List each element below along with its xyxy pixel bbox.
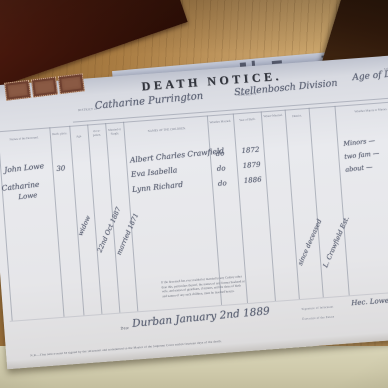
right-note-2: two fam — [344, 149, 380, 161]
date-label: Date [120, 326, 129, 330]
revenue-stamp [31, 77, 58, 98]
col-head-majors-minors: Whether Majors or Minors. [341, 107, 388, 115]
revenue-stamp [4, 80, 31, 101]
col-head-children: NAMES OF THE CHILDREN. [128, 126, 206, 135]
child-name-2: Eva Isabella [131, 165, 178, 179]
signature-value: Hec. Lowe [351, 296, 388, 307]
child-ditto-2: do [217, 164, 226, 173]
child-name-3: Lynn Richard [132, 180, 184, 194]
right-note-1: Minors — [343, 136, 376, 147]
column-line [49, 127, 64, 317]
col-head-district: District. [287, 114, 307, 119]
deceased-name-1: John Lowe [4, 161, 45, 174]
right-note-3: about — [345, 163, 373, 174]
child-year-2: 1879 [242, 161, 260, 170]
revenue-stamp [58, 73, 85, 94]
column-line [334, 106, 349, 296]
column-line [0, 131, 13, 321]
qualification-label: Executrix of the Estate [302, 316, 334, 322]
signature-label: Signature of Informant [302, 306, 334, 312]
child-year-3: 1886 [244, 176, 262, 185]
child-ditto-3: do [218, 179, 227, 188]
field-age-value: Age of Deceased [352, 66, 388, 83]
col-head-whether-married: Whether Married. [209, 120, 231, 125]
deceased-age-1: 30 [56, 164, 65, 173]
col-head-year: Year of Birth. [235, 118, 259, 123]
date-value: Durban January 2nd 1889 [132, 305, 271, 330]
column-line [309, 108, 324, 298]
diagonal-note-married: married 1871 [115, 212, 140, 256]
col-head-married: Married or Single. [107, 128, 123, 136]
child-year-1: 1872 [241, 146, 259, 155]
photo-of-death-notice-document: DEATH NOTICE. SIGNATURE DISTRICT of Cath… [0, 0, 388, 388]
fine-print-note: If the deceased has ever resided or marr… [161, 270, 296, 298]
child-ditto-1: do [215, 149, 224, 158]
col-head-where: Where Married. [263, 114, 283, 119]
field-district-value: Catharine Purrington [94, 91, 203, 112]
col-head-birthplace: Birth- place. [52, 132, 68, 137]
col-head-age: Age. [72, 135, 86, 140]
col-head-occupation: Occu- pation. [89, 129, 105, 137]
deceased-name-2b: Lowe [18, 191, 38, 201]
diagonal-note-widow: widow [76, 214, 92, 237]
death-notice-document: DEATH NOTICE. SIGNATURE DISTRICT of Cath… [0, 53, 388, 369]
col-head-deceased: Names of the Deceased. [0, 135, 48, 142]
